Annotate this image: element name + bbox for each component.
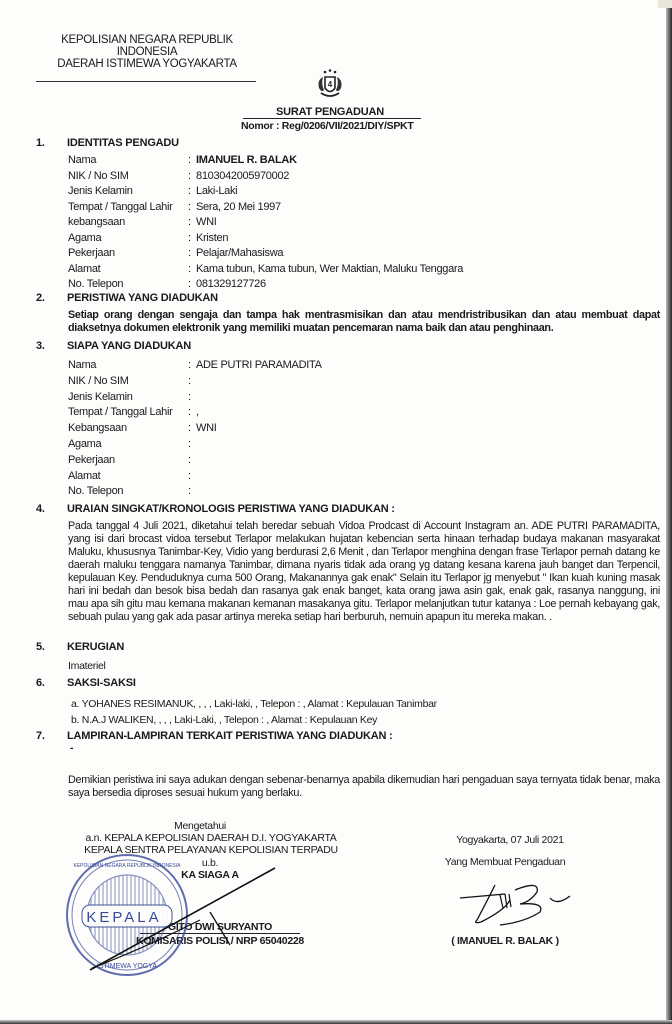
field-colon: :: [188, 485, 196, 497]
field-row: Alamat:Kama tubun, Kama tubun, Wer Makti…: [68, 263, 463, 275]
field-value: Kristen: [196, 232, 228, 244]
complainant-caption: Yang Membuat Pengaduan: [430, 856, 580, 868]
field-row: Nama:ADE PUTRI PARAMADITA: [68, 359, 322, 371]
field-row: No. Telepon:081329127726: [68, 278, 266, 290]
letterhead-line-1: KEPOLISIAN NEGARA REPUBLIK INDONESIA: [36, 34, 258, 58]
field-row: Jenis Kelamin:Laki-Laki: [68, 185, 237, 197]
field-value: Laki-Laki: [196, 185, 237, 197]
field-label: Tempat / Tanggal Lahir: [68, 406, 188, 418]
field-row: NIK / No SIM:8103042005970002: [68, 170, 289, 182]
field-colon: :: [188, 154, 196, 166]
field-colon: :: [188, 438, 196, 450]
attachments-value: -: [70, 742, 73, 754]
field-row: Jenis Kelamin:: [68, 391, 196, 403]
field-label: Pekerjaan: [68, 454, 188, 466]
field-row: NIK / No SIM:: [68, 375, 196, 387]
field-row: Agama:: [68, 438, 196, 450]
field-row: Agama:Kristen: [68, 232, 228, 244]
section-1-heading: 1.IDENTITAS PENGADU: [36, 137, 179, 149]
paper-edge-right: [666, 8, 672, 1022]
field-colon: :: [188, 232, 196, 244]
field-value: WNI: [196, 216, 216, 228]
field-label: Jenis Kelamin: [68, 391, 188, 403]
paper-edge-top: [658, 0, 672, 8]
field-value: IMANUEL R. BALAK: [196, 154, 297, 166]
section-2-heading: 2.PERISTIWA YANG DIADUKAN: [36, 292, 218, 304]
field-value: ADE PUTRI PARAMADITA: [196, 359, 322, 371]
field-row: Alamat:: [68, 470, 196, 482]
section-4-heading: 4.URAIAN SINGKAT/KRONOLOGIS PERISTIWA YA…: [36, 503, 395, 515]
field-colon: :: [188, 201, 196, 213]
section-3-heading: 3.SIAPA YANG DIADUKAN: [36, 340, 191, 352]
authority-line-1: a.n. KEPALA KEPOLISIAN DAERAH D.I. YOGYA…: [80, 832, 342, 844]
field-label: kebangsaan: [68, 216, 188, 228]
field-row: kebangsaan:WNI: [68, 216, 216, 228]
svg-text:4: 4: [328, 80, 333, 89]
section-7-heading: 7.LAMPIRAN-LAMPIRAN TERKAIT PERISTIWA YA…: [36, 730, 393, 742]
field-colon: :: [188, 454, 196, 466]
police-emblem-icon: 4: [313, 68, 347, 102]
field-row: Pekerjaan:Pelajar/Mahasiswa: [68, 247, 283, 259]
field-label: Tempat / Tanggal Lahir: [68, 201, 188, 213]
incident-description: Setiap orang dengan sengaja dan tampa ha…: [68, 309, 660, 335]
acknowledged-label: Mengetahui: [140, 820, 260, 832]
field-label: No. Telepon: [68, 278, 188, 290]
field-label: No. Telepon: [68, 485, 188, 497]
field-value: Sera, 20 Mei 1997: [196, 201, 281, 213]
field-label: Alamat: [68, 263, 188, 275]
letterhead-divider: [36, 81, 256, 82]
complainant-signed-name: ( IMANUEL R. BALAK ): [440, 935, 570, 947]
field-colon: :: [188, 170, 196, 182]
field-value: Pelajar/Mahasiswa: [196, 247, 283, 259]
field-value: WNI: [196, 422, 216, 434]
field-colon: :: [188, 247, 196, 259]
paper-edge-bottom: [0, 1020, 672, 1024]
field-label: NIK / No SIM: [68, 170, 188, 182]
section-5-heading: 5.KERUGIAN: [36, 641, 124, 653]
place-and-date: Yogyakarta, 07 Juli 2021: [430, 834, 590, 846]
officer-signature-icon: [80, 850, 320, 980]
field-colon: :: [188, 406, 196, 418]
field-row: Kebangsaan:WNI: [68, 422, 216, 434]
field-row: No. Telepon:: [68, 485, 196, 497]
field-row: Nama:IMANUEL R. BALAK: [68, 154, 297, 166]
field-label: Nama: [68, 359, 188, 371]
field-label: Nama: [68, 154, 188, 166]
field-value: Kama tubun, Kama tubun, Wer Maktian, Mal…: [196, 263, 463, 275]
document-number: Nomor : Reg/0206/VII/2021/DIY/SPKT: [241, 120, 413, 132]
field-label: Kebangsaan: [68, 422, 188, 434]
field-colon: :: [188, 216, 196, 228]
field-label: Pekerjaan: [68, 247, 188, 259]
closing-statement: Demikian peristiwa ini saya adukan denga…: [68, 774, 660, 800]
field-row: Tempat / Tanggal Lahir:,: [68, 406, 199, 418]
field-colon: :: [188, 185, 196, 197]
chronology-text: Pada tanggal 4 Juli 2021, diketahui tela…: [68, 520, 660, 624]
witness-item: a. YOHANES RESIMANUK, , , , Laki-laki, ,…: [71, 698, 437, 710]
title-underline: [243, 118, 421, 119]
field-colon: :: [188, 375, 196, 387]
field-row: Pekerjaan:: [68, 454, 196, 466]
field-label: Jenis Kelamin: [68, 185, 188, 197]
section-6-heading: 6.SAKSI-SAKSI: [36, 677, 136, 689]
field-value: ,: [196, 406, 199, 418]
field-label: Alamat: [68, 470, 188, 482]
field-label: Agama: [68, 232, 188, 244]
field-colon: :: [188, 263, 196, 275]
field-row: Tempat / Tanggal Lahir:Sera, 20 Mei 1997: [68, 201, 281, 213]
field-value: 8103042005970002: [196, 170, 289, 182]
loss-value: Imateriel: [68, 660, 106, 672]
witness-item: b. N.A.J WALIKEN, , , , Laki-Laki, , Tel…: [71, 714, 377, 726]
field-colon: :: [188, 470, 196, 482]
field-colon: :: [188, 422, 196, 434]
document-title: SURAT PENGADUAN: [240, 106, 420, 118]
letterhead-line-2: DAERAH ISTIMEWA YOGYAKARTA: [36, 58, 258, 70]
field-value: 081329127726: [196, 278, 266, 290]
field-label: Agama: [68, 438, 188, 450]
field-colon: :: [188, 359, 196, 371]
field-colon: :: [188, 278, 196, 290]
complainant-signature-icon: [455, 880, 575, 930]
field-label: NIK / No SIM: [68, 375, 188, 387]
field-colon: :: [188, 391, 196, 403]
letterhead: KEPOLISIAN NEGARA REPUBLIK INDONESIA DAE…: [36, 34, 258, 70]
